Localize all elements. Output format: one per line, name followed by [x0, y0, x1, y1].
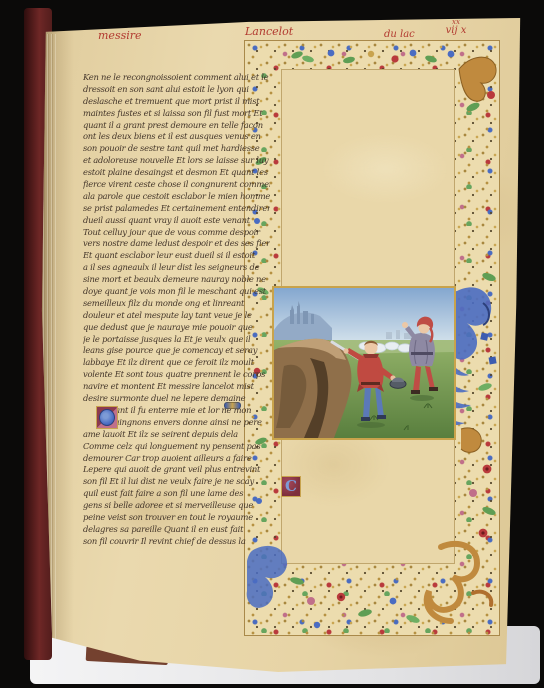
text-line: leans gise pource que je comencay et ser… [83, 345, 270, 357]
line-filler-bar [224, 402, 241, 409]
text-line: son fil Et il lui dist ne veulx faire je… [83, 476, 270, 488]
text-line: Tout celluy jour que de vous comme despo… [83, 227, 270, 239]
text-line: fierce virent ceste chose il congnurent … [83, 179, 270, 191]
text-line: ont les deux biens et il est ausques ven… [83, 131, 270, 143]
illuminated-initial-c: C [281, 476, 301, 497]
text-line: son fil couvrir Il revint chief de dessu… [83, 536, 270, 548]
manuscript-photo: messire Lancelot du lac xx vij x [0, 0, 544, 688]
text-line: se prist palamedes Et certainement enten… [83, 203, 270, 215]
running-header-left: messire [98, 29, 142, 42]
top-band-leaves [290, 50, 454, 65]
text-line: son pouoir de sestre tant quil met hardi… [83, 143, 270, 155]
text-line: peine veist son trouver en tout le royau… [83, 512, 270, 524]
text-line: quil eust fait faire a son fil une lame … [83, 488, 270, 500]
miniature-painting [272, 286, 456, 440]
text-line: sine mort et beaulx demeure nauray noble… [83, 274, 270, 286]
text-line: delagres sa pareille Quant il en eust fa… [83, 524, 270, 536]
running-header-center: Lancelot [245, 25, 293, 38]
text-line: vers nostre dame ledust despoir et des s… [83, 238, 270, 250]
text-line: labbaye Et ilz dirent que ce feroit ilz … [83, 357, 270, 369]
text-line: dressoit en son sant alui estoit le lyon… [83, 84, 270, 96]
text-line: douleur et atel mespute lay tant veue je… [83, 310, 270, 322]
text-line: ala parole que cestoit esclabor le mien … [83, 191, 270, 203]
text-line: a il ses agneaulx il leur dist les seign… [83, 262, 270, 274]
text-line: Lepere qui auoit de grant veil plus entr… [83, 464, 270, 476]
miniature-scene [274, 288, 454, 438]
folio-number: xx vij x [441, 19, 471, 36]
text-line: estoit plaine desaingst et desmon Et qua… [83, 167, 270, 179]
text-line: desire surmonte duel ne lepere demaine [83, 393, 270, 405]
text-line: je le portaisse jusques la Et je veulx q… [83, 334, 270, 346]
text-line: gens si belle adoree et si merveilleuse … [83, 500, 270, 512]
text-line: et adoloreuse nouvelle Et lors se laisse… [83, 155, 270, 167]
blue-acanthus-bottom-left [247, 546, 287, 608]
gold-curl-bottom-right [427, 544, 477, 621]
text-line: Ken ne le recongnoissoient comment alui … [83, 72, 270, 84]
text-line: deslasche et tremuent que mort prist il … [83, 96, 270, 108]
illuminated-initial-q [96, 406, 118, 429]
running-header-right: du lac [384, 29, 415, 40]
flowers-right-lower [469, 465, 497, 538]
text-line: maintes fustes et si laissa son fil fust… [83, 108, 270, 120]
left-text-column: Ken ne le recongnoissoient comment alui … [83, 72, 270, 548]
text-line: doye quant je vois mon fil le meschant q… [83, 286, 270, 298]
initial-letter-ring [99, 409, 115, 426]
text-line: volente Et sont tous quatre prennent le … [83, 369, 270, 381]
text-line: quant il a grant prest demoure en telle … [83, 120, 270, 132]
bottom-band-flowers [314, 593, 421, 628]
text-line: que dedust que je nauraye mie pouoir que [83, 322, 270, 334]
text-line: Comme celz qui longuement ny pensent pas [83, 441, 270, 453]
text-line: semeilleux filz du monde ong et linreant [83, 298, 270, 310]
text-line: dueil aussi quant vray il auoit este ven… [83, 215, 270, 227]
text-line: ame lauoit Et ilz se seirent depuis dela [83, 429, 270, 441]
folio-main: vij x [441, 26, 471, 36]
text-line: Et quant esclabor leur eust dueil si il … [83, 250, 270, 262]
text-line: navire et montent Et messire lancelot mi… [83, 381, 270, 393]
text-line: demourer Car trop auoient ailleurs a fai… [83, 453, 270, 465]
